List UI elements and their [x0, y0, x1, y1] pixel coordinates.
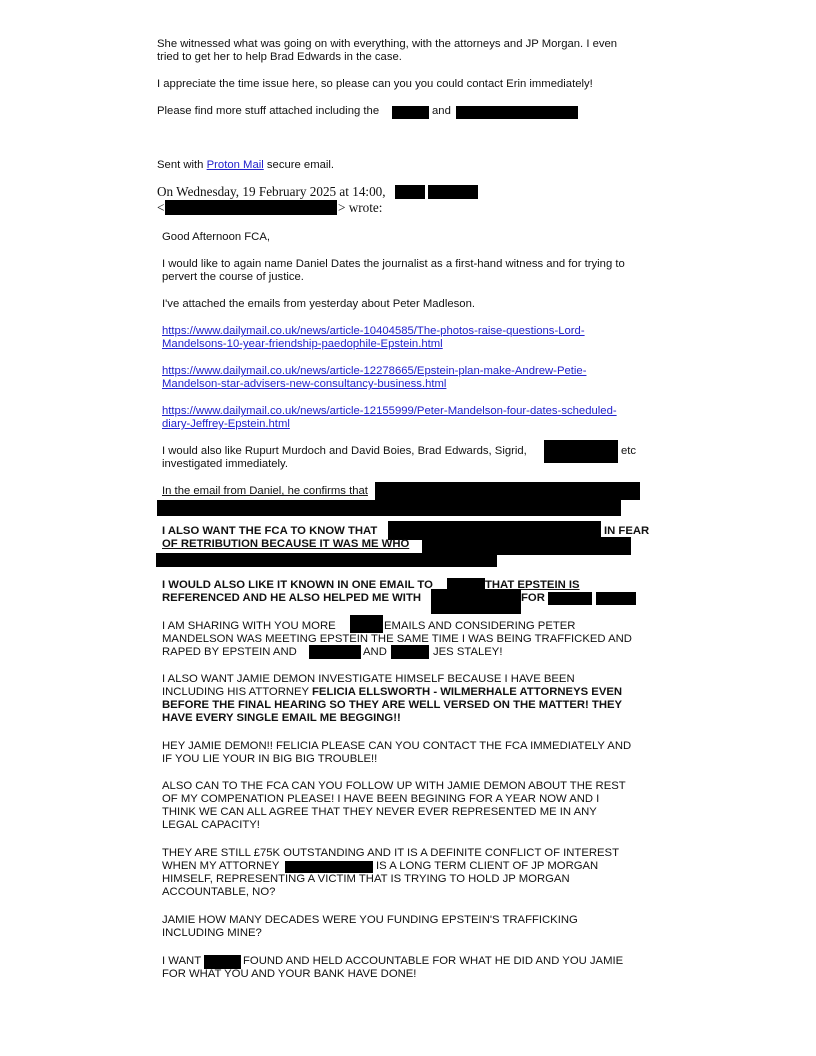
quoted-paragraph-line: ACCOUNTABLE, NO?	[162, 886, 275, 899]
quoted-paragraph: In the email from Daniel, he confirms th…	[162, 485, 368, 498]
quoted-paragraph-line: INCLUDING MINE?	[162, 927, 262, 940]
redaction-box	[350, 615, 383, 633]
quoted-paragraph-line: IF YOU LIE YOUR IN BIG BIG TROUBLE!!	[162, 753, 377, 766]
redaction-box	[375, 482, 640, 500]
reply-paragraph-line: tried to get her to help Brad Edwards in…	[157, 51, 402, 64]
redaction-box	[548, 592, 592, 605]
redaction-box	[204, 955, 241, 969]
redaction-box	[156, 553, 497, 567]
redaction-box	[391, 645, 429, 659]
quote-header-line: On Wednesday, 19 February 2025 at 14:00,	[157, 185, 386, 199]
quoted-paragraph-line: HEY JAMIE DEMON!! FELICIA PLEASE CAN YOU…	[162, 740, 631, 753]
redaction-box	[596, 592, 636, 605]
article-link-1-cont[interactable]: Mandelsons-10-year-friendship-paedophile…	[162, 338, 443, 351]
redaction-box	[544, 440, 618, 463]
article-link-2-cont[interactable]: Mandelson-star-advisers-new-consultancy-…	[162, 378, 446, 391]
signature-suffix: secure email.	[264, 159, 334, 171]
reply-paragraph-line: She witnessed what was going on with eve…	[157, 38, 617, 51]
quoted-paragraph-bold-line: HAVE EVERY SINGLE EMAIL ME BEGGING!!	[162, 712, 401, 725]
quoted-paragraph-line: JAMIE HOW MANY DECADES WERE YOU FUNDING …	[162, 914, 578, 927]
article-link-3[interactable]: https://www.dailymail.co.uk/news/article…	[162, 405, 617, 418]
quoted-paragraph-line: FOR WHAT YOU AND YOUR BANK HAVE DONE!	[162, 968, 416, 981]
redaction-box	[456, 106, 578, 119]
proton-mail-link[interactable]: Proton Mail	[207, 159, 264, 171]
quoted-paragraph-line: RAPED BY EPSTEIN AND	[162, 646, 297, 659]
quoted-paragraph-line: WHEN MY ATTORNEY	[162, 860, 279, 873]
quoted-paragraph-bold-line: REFERENCED AND HE ALSO HELPED ME WITH	[162, 592, 421, 605]
etc-text: etc	[621, 445, 636, 458]
quoted-paragraph-line: EMAILS AND CONSIDERING PETER	[384, 620, 575, 633]
quoted-paragraph-line: I AM SHARING WITH YOU MORE	[162, 620, 336, 633]
quoted-paragraph-line: I ALSO WANT JAMIE DEMON INVESTIGATE HIMS…	[162, 673, 575, 686]
email-document-page: She witnessed what was going on with eve…	[0, 0, 816, 1056]
quote-header-open: <	[157, 201, 164, 215]
quoted-paragraph-line: I WANT	[162, 955, 201, 968]
quoted-paragraph-line: ALSO CAN TO THE FCA CAN YOU FOLLOW UP WI…	[162, 780, 626, 793]
quoted-greeting: Good Afternoon FCA,	[162, 231, 270, 244]
article-link-1[interactable]: https://www.dailymail.co.uk/news/article…	[162, 325, 585, 338]
redaction-box	[395, 185, 425, 199]
quoted-paragraph-line: THINK WE CAN ALL AGREE THAT THEY NEVER E…	[162, 806, 597, 819]
quoted-paragraph-line: JES STALEY!	[433, 646, 502, 659]
signature-prefix: Sent with	[157, 159, 207, 171]
quoted-paragraph-line: pervert the course of justice.	[162, 271, 304, 284]
redaction-box	[431, 589, 521, 614]
quoted-paragraph-bold-line: I WOULD ALSO LIKE IT KNOWN IN ONE EMAIL …	[162, 579, 433, 592]
quoted-paragraph-bold-line: OF RETRIBUTION BECAUSE IT WAS ME WHO	[162, 538, 409, 551]
quoted-paragraph-line: OF MY COMPENATION PLEASE! I HAVE BEEN BE…	[162, 793, 599, 806]
quoted-paragraph-line: INCLUDING HIS ATTORNEY FELICIA ELLSWORTH…	[162, 686, 622, 699]
redaction-box	[285, 861, 373, 873]
signature-line: Sent with Proton Mail secure email.	[157, 159, 334, 172]
quoted-paragraph-bold-line: I ALSO WANT THE FCA TO KNOW THAT	[162, 525, 377, 538]
redaction-box	[309, 645, 361, 659]
quoted-paragraph-line: I would also like Rupurt Murdoch and Dav…	[162, 445, 527, 458]
quoted-paragraph-line: FOUND AND HELD ACCOUNTABLE FOR WHAT HE D…	[243, 955, 623, 968]
redaction-box	[428, 185, 478, 199]
attachment-note-and: and	[432, 105, 451, 118]
article-link-2[interactable]: https://www.dailymail.co.uk/news/article…	[162, 365, 586, 378]
quoted-paragraph: I've attached the emails from yesterday …	[162, 298, 475, 311]
article-link-3-cont[interactable]: diary-Jeffrey-Epstein.html	[162, 418, 290, 431]
for-text: FOR	[521, 592, 545, 605]
quoted-paragraph-line: THEY ARE STILL £75K OUTSTANDING AND IT I…	[162, 847, 619, 860]
quoted-paragraph-line: IS A LONG TERM CLIENT OF JP MORGAN	[376, 860, 598, 873]
quoted-paragraph-line: I would like to again name Daniel Dates …	[162, 258, 625, 271]
quoted-paragraph-line: HIMSELF, REPRESENTING A VICTIM THAT IS T…	[162, 873, 570, 886]
reply-paragraph: I appreciate the time issue here, so ple…	[157, 78, 593, 91]
attorney-prefix: INCLUDING HIS ATTORNEY	[162, 686, 312, 698]
attorney-name-bold: FELICIA ELLSWORTH - WILMERHALE ATTORNEYS…	[312, 686, 622, 698]
quoted-paragraph-line: LEGAL CAPACITY!	[162, 819, 260, 832]
redaction-box	[392, 106, 429, 119]
quote-header-wrote: > wrote:	[338, 201, 382, 215]
quoted-paragraph-bold-line: BEFORE THE FINAL HEARING SO THEY ARE WEL…	[162, 699, 622, 712]
and-text: AND	[363, 646, 387, 659]
attachment-note: Please find more stuff attached includin…	[157, 105, 379, 118]
redaction-box	[165, 200, 337, 215]
quoted-paragraph-line: investigated immediately.	[162, 458, 288, 471]
redaction-box	[157, 500, 621, 516]
